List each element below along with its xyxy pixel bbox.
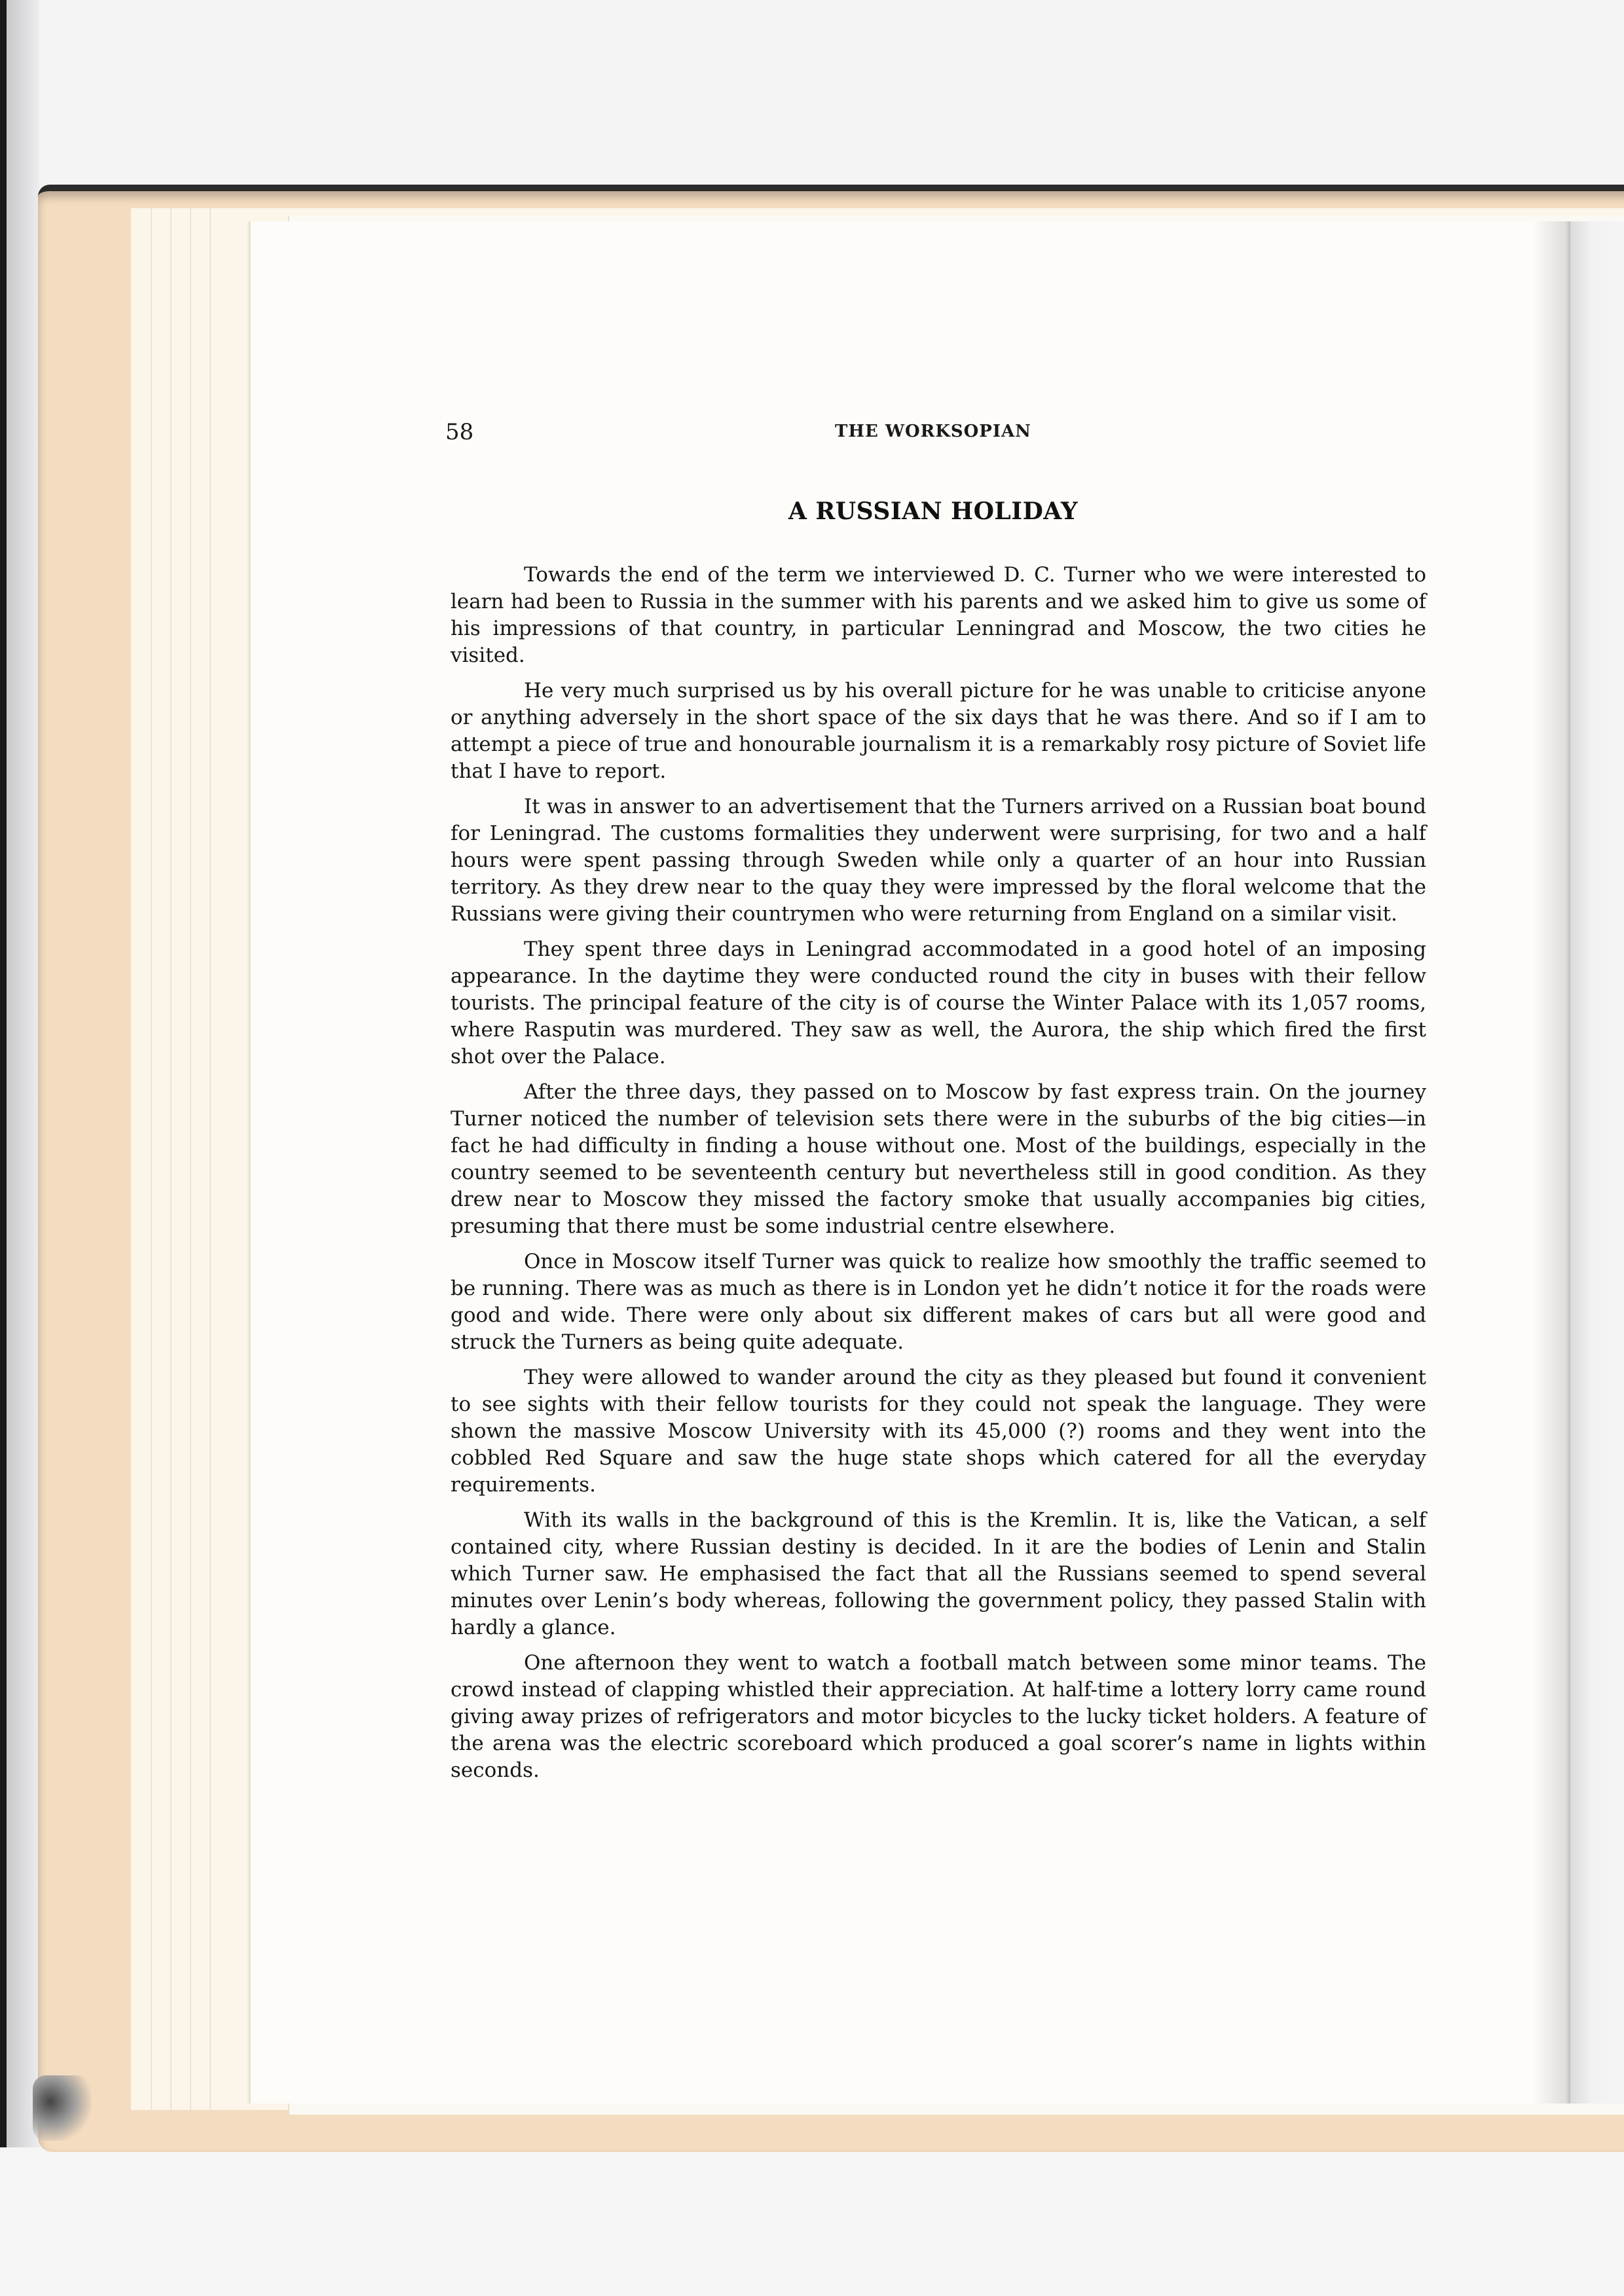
journal-name: THE WORKSOPIAN: [445, 422, 1421, 441]
page-edge-line: [210, 208, 211, 2110]
paragraph: They were allowed to wander around the c…: [451, 1364, 1426, 1499]
article-body: Towards the end of the term we interview…: [451, 562, 1426, 1793]
scanner-edge: [0, 0, 7, 2296]
page-edge-line: [151, 208, 152, 2110]
paragraph: Towards the end of the term we interview…: [451, 562, 1426, 669]
paragraph: He very much surprised us by his overall…: [451, 678, 1426, 785]
facing-page-edge: [1570, 221, 1624, 2104]
paragraph: After the three days, they passed on to …: [451, 1079, 1426, 1240]
paragraph: Once in Moscow itself Turner was quick t…: [451, 1248, 1426, 1356]
cover-corner-wear: [33, 2075, 92, 2141]
page-edge-line: [170, 208, 172, 2110]
gutter-shadow: [1532, 221, 1572, 2104]
scanner-shade: [7, 0, 39, 2296]
paragraph: It was in answer to an advertisement tha…: [451, 793, 1426, 928]
article-title: A RUSSIAN HOLIDAY: [445, 498, 1421, 525]
paragraph: They spent three days in Leningrad accom…: [451, 936, 1426, 1070]
paragraph: With its walls in the background of this…: [451, 1507, 1426, 1641]
paragraph: One afternoon they went to watch a footb…: [451, 1650, 1426, 1784]
scanner-bed-bottom: [0, 2147, 1624, 2296]
running-head: 58 THE WORKSOPIAN: [445, 419, 1421, 452]
page-edge-line: [190, 208, 191, 2110]
